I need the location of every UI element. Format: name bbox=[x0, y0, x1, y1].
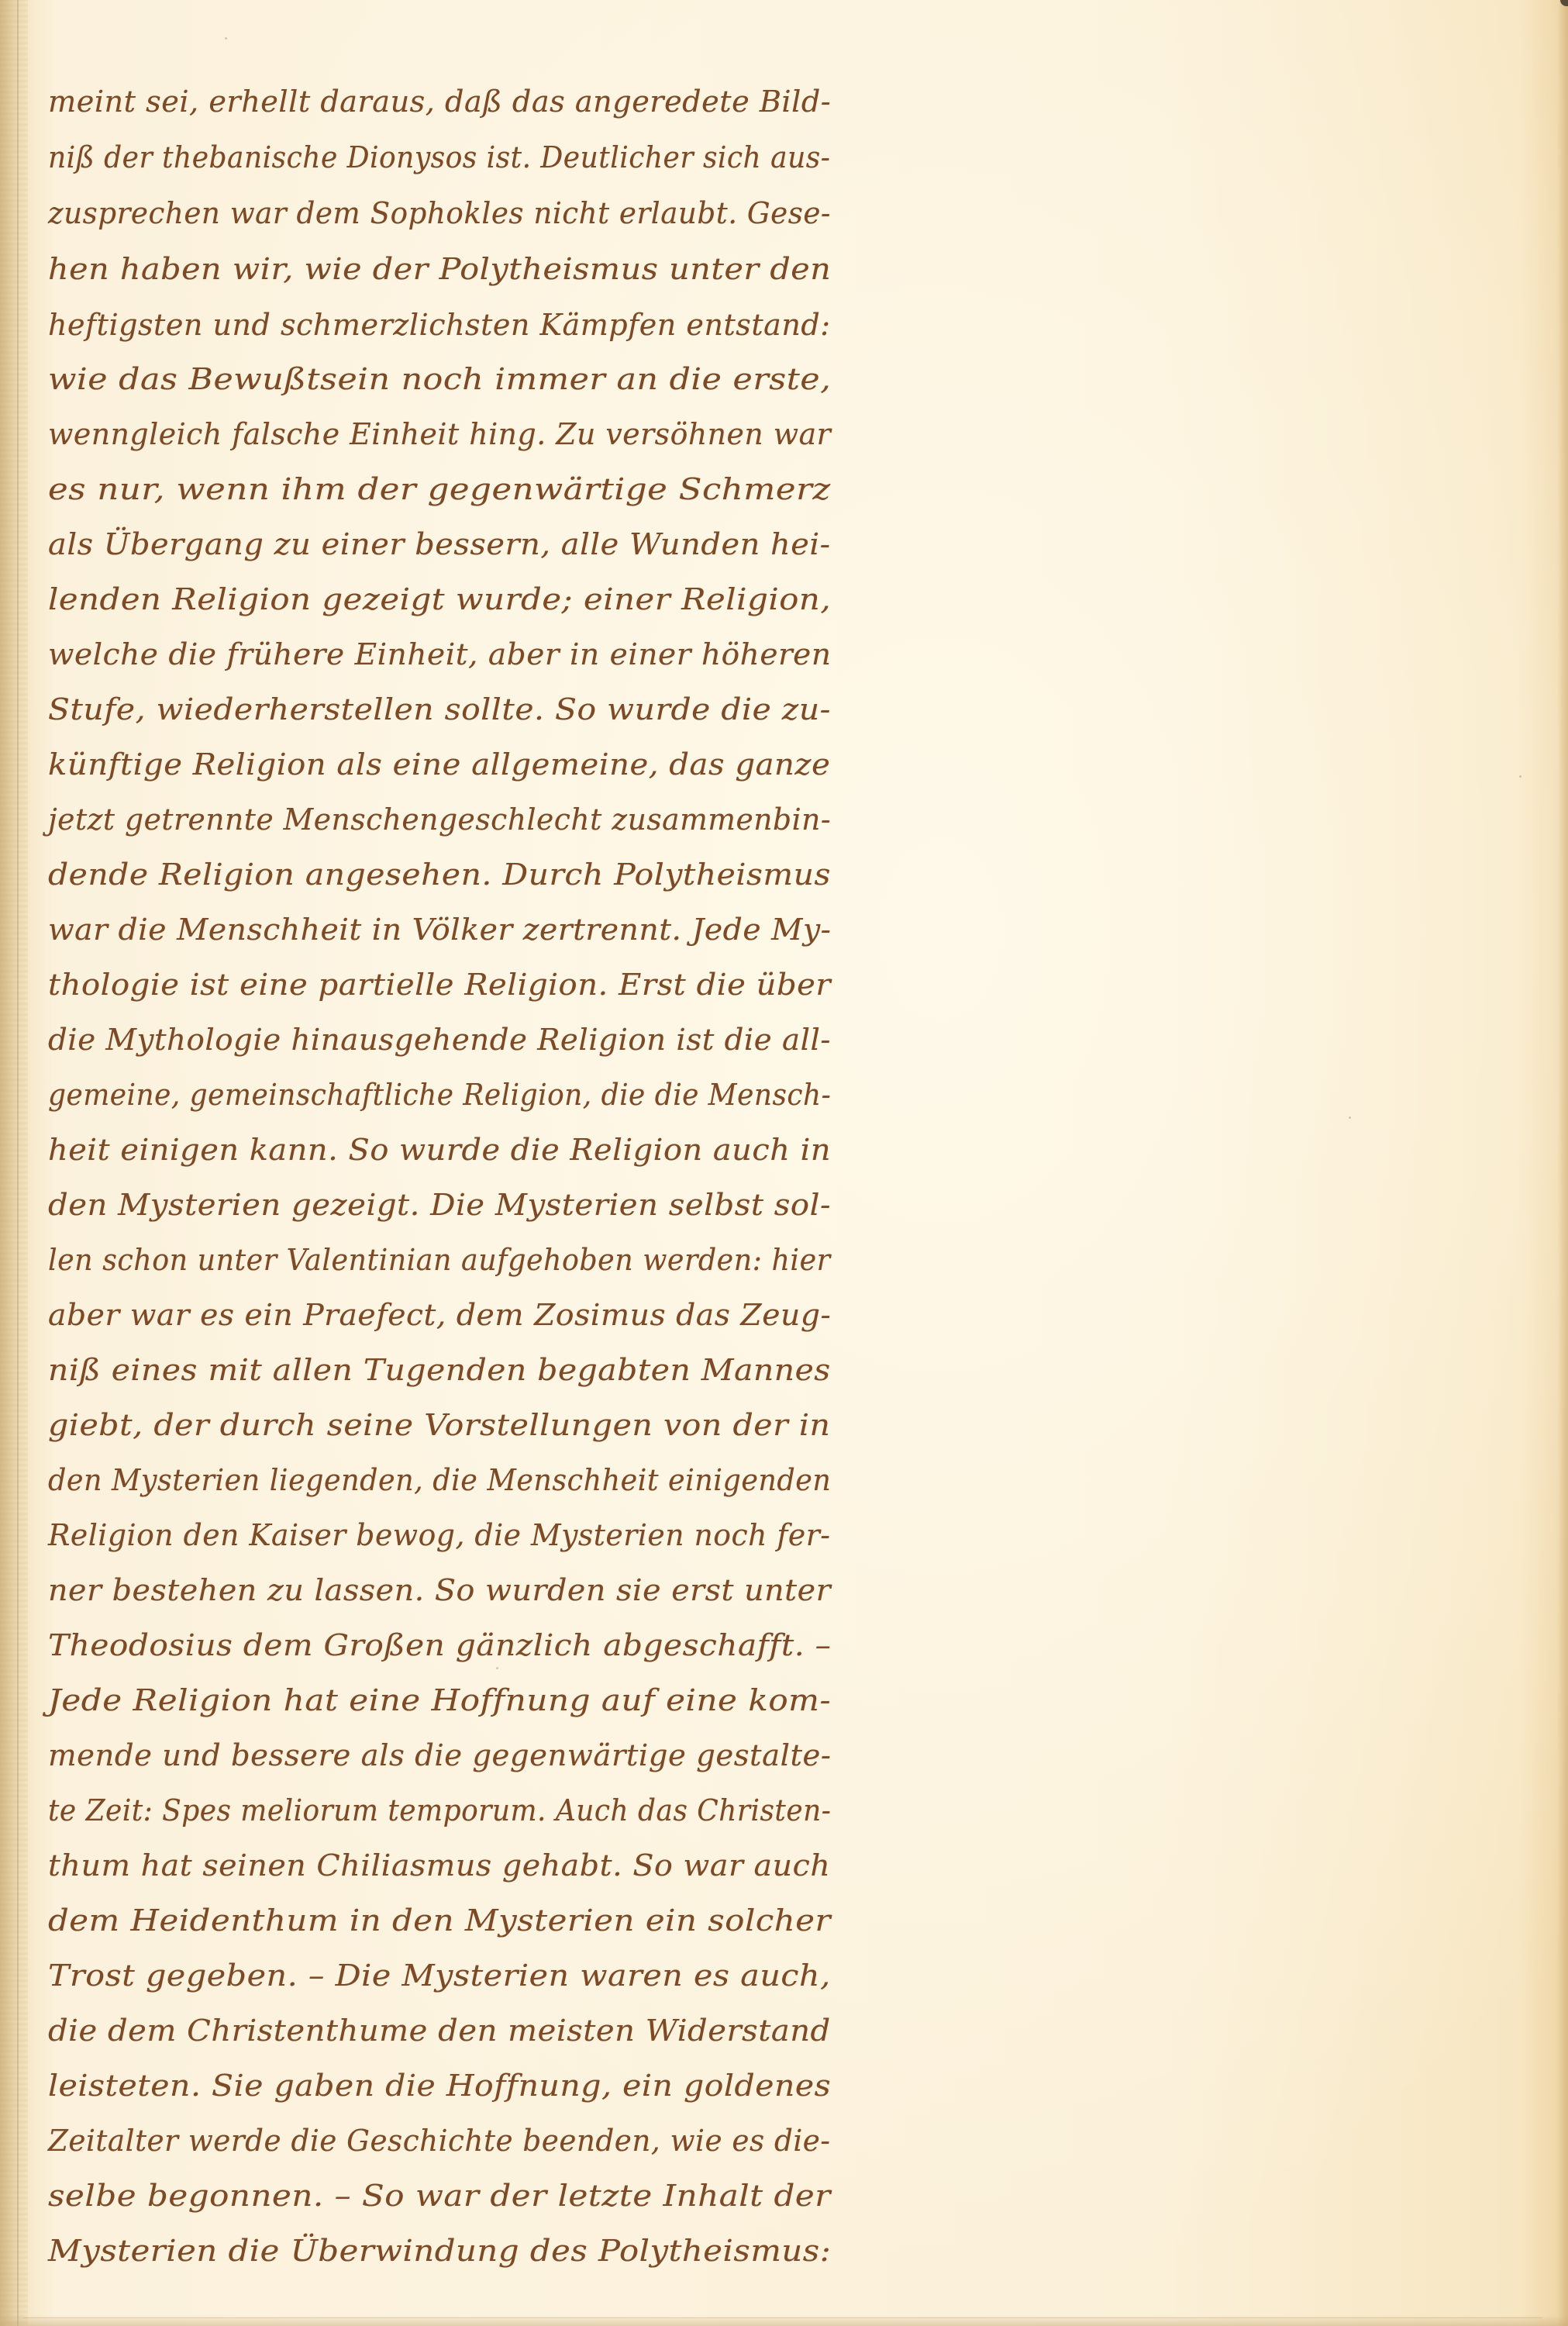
manuscript-line: len schon unter Valentinian aufgehoben w… bbox=[48, 1245, 831, 1275]
paper-speck bbox=[1519, 775, 1521, 778]
manuscript-line: selbe begonnen. – So war der letzte Inha… bbox=[48, 2181, 831, 2210]
manuscript-line: thum hat seinen Chiliasmus gehabt. So wa… bbox=[48, 1851, 830, 1880]
manuscript-line: te Zeit: Spes meliorum temporum. Auch da… bbox=[48, 1796, 831, 1825]
manuscript-line: aber war es ein Praefect, dem Zosimus da… bbox=[48, 1300, 831, 1330]
manuscript-line: thologie ist eine partielle Religion. Er… bbox=[48, 970, 831, 999]
manuscript-line: giebt, der durch seine Vorstellungen von… bbox=[48, 1410, 831, 1440]
right-page-edge bbox=[1557, 0, 1568, 2326]
manuscript-line: niß der thebanische Dionysos ist. Deutli… bbox=[48, 143, 830, 172]
manuscript-line: wie das Bewußtsein noch immer an die ers… bbox=[48, 364, 831, 394]
bottom-edge-rule bbox=[23, 2317, 1542, 2318]
manuscript-line: welche die frühere Einheit, aber in eine… bbox=[48, 640, 832, 669]
manuscript-line: als Übergang zu einer bessern, alle Wund… bbox=[48, 530, 831, 559]
manuscript-line: Mysterien die Überwindung des Polytheism… bbox=[48, 2236, 831, 2266]
manuscript-line: mende und bessere als die gegenwärtige g… bbox=[48, 1741, 831, 1770]
gutter-fold-line bbox=[17, 0, 19, 2326]
manuscript-line: Zeitalter werde die Geschichte beenden, … bbox=[48, 2126, 830, 2155]
manuscript-line: künftige Religion als eine allgemeine, d… bbox=[48, 750, 830, 779]
manuscript-line: hen haben wir, wie der Polytheismus unte… bbox=[48, 254, 831, 284]
manuscript-line: dende Religion angesehen. Durch Polythei… bbox=[48, 860, 831, 889]
manuscript-line: den Mysterien liegenden, die Menschheit … bbox=[48, 1465, 831, 1495]
manuscript-line: Theodosius dem Großen gänzlich abgeschaf… bbox=[48, 1631, 831, 1660]
manuscript-line: niß eines mit allen Tugenden begabten Ma… bbox=[48, 1355, 831, 1385]
binding-gutter bbox=[0, 0, 28, 2326]
manuscript-line: den Mysterien gezeigt. Die Mysterien sel… bbox=[48, 1190, 831, 1220]
manuscript-line: wenngleich falsche Einheit hing. Zu vers… bbox=[48, 419, 831, 449]
manuscript-line: ner bestehen zu lassen. So wurden sie er… bbox=[48, 1575, 831, 1605]
manuscript-line: die dem Christenthume den meisten Widers… bbox=[48, 2016, 831, 2045]
paper-speck bbox=[496, 1667, 498, 1669]
paper-speck bbox=[225, 37, 227, 40]
manuscript-line: zusprechen war dem Sophokles nicht erlau… bbox=[48, 198, 831, 228]
manuscript-line: jetzt getrennte Menschengeschlecht zusam… bbox=[48, 805, 831, 834]
manuscript-line: Trost gegeben. – Die Mysterien waren es … bbox=[48, 1961, 831, 1990]
manuscript-line: Religion den Kaiser bewog, die Mysterien… bbox=[48, 1520, 830, 1550]
manuscript-line: Jede Religion hat eine Hoffnung auf eine… bbox=[48, 1686, 831, 1715]
manuscript-line: heftigsten und schmerzlichsten Kämpfen e… bbox=[48, 310, 831, 340]
manuscript-page: meint sei, erhellt daraus, daß das anger… bbox=[0, 0, 1568, 2326]
manuscript-line: meint sei, erhellt daraus, daß das anger… bbox=[48, 87, 831, 116]
manuscript-line: heit einigen kann. So wurde die Religion… bbox=[48, 1135, 831, 1165]
manuscript-line: Stufe, wiederherstellen sollte. So wurde… bbox=[48, 695, 831, 724]
manuscript-line: dem Heidenthum in den Mysterien ein solc… bbox=[48, 1906, 831, 1935]
paper-speck bbox=[1349, 1116, 1351, 1119]
manuscript-line: es nur, wenn ihm der gegenwärtige Schmer… bbox=[48, 475, 831, 504]
manuscript-line: lenden Religion gezeigt wurde; einer Rel… bbox=[48, 585, 831, 614]
manuscript-line: die Mythologie hinausgehende Religion is… bbox=[48, 1025, 831, 1054]
manuscript-line: war die Menschheit in Völker zertrennt. … bbox=[48, 915, 831, 944]
manuscript-line: gemeine, gemeinschaftliche Religion, die… bbox=[48, 1080, 831, 1110]
manuscript-line: leisteten. Sie gaben die Hoffnung, ein g… bbox=[48, 2071, 831, 2100]
